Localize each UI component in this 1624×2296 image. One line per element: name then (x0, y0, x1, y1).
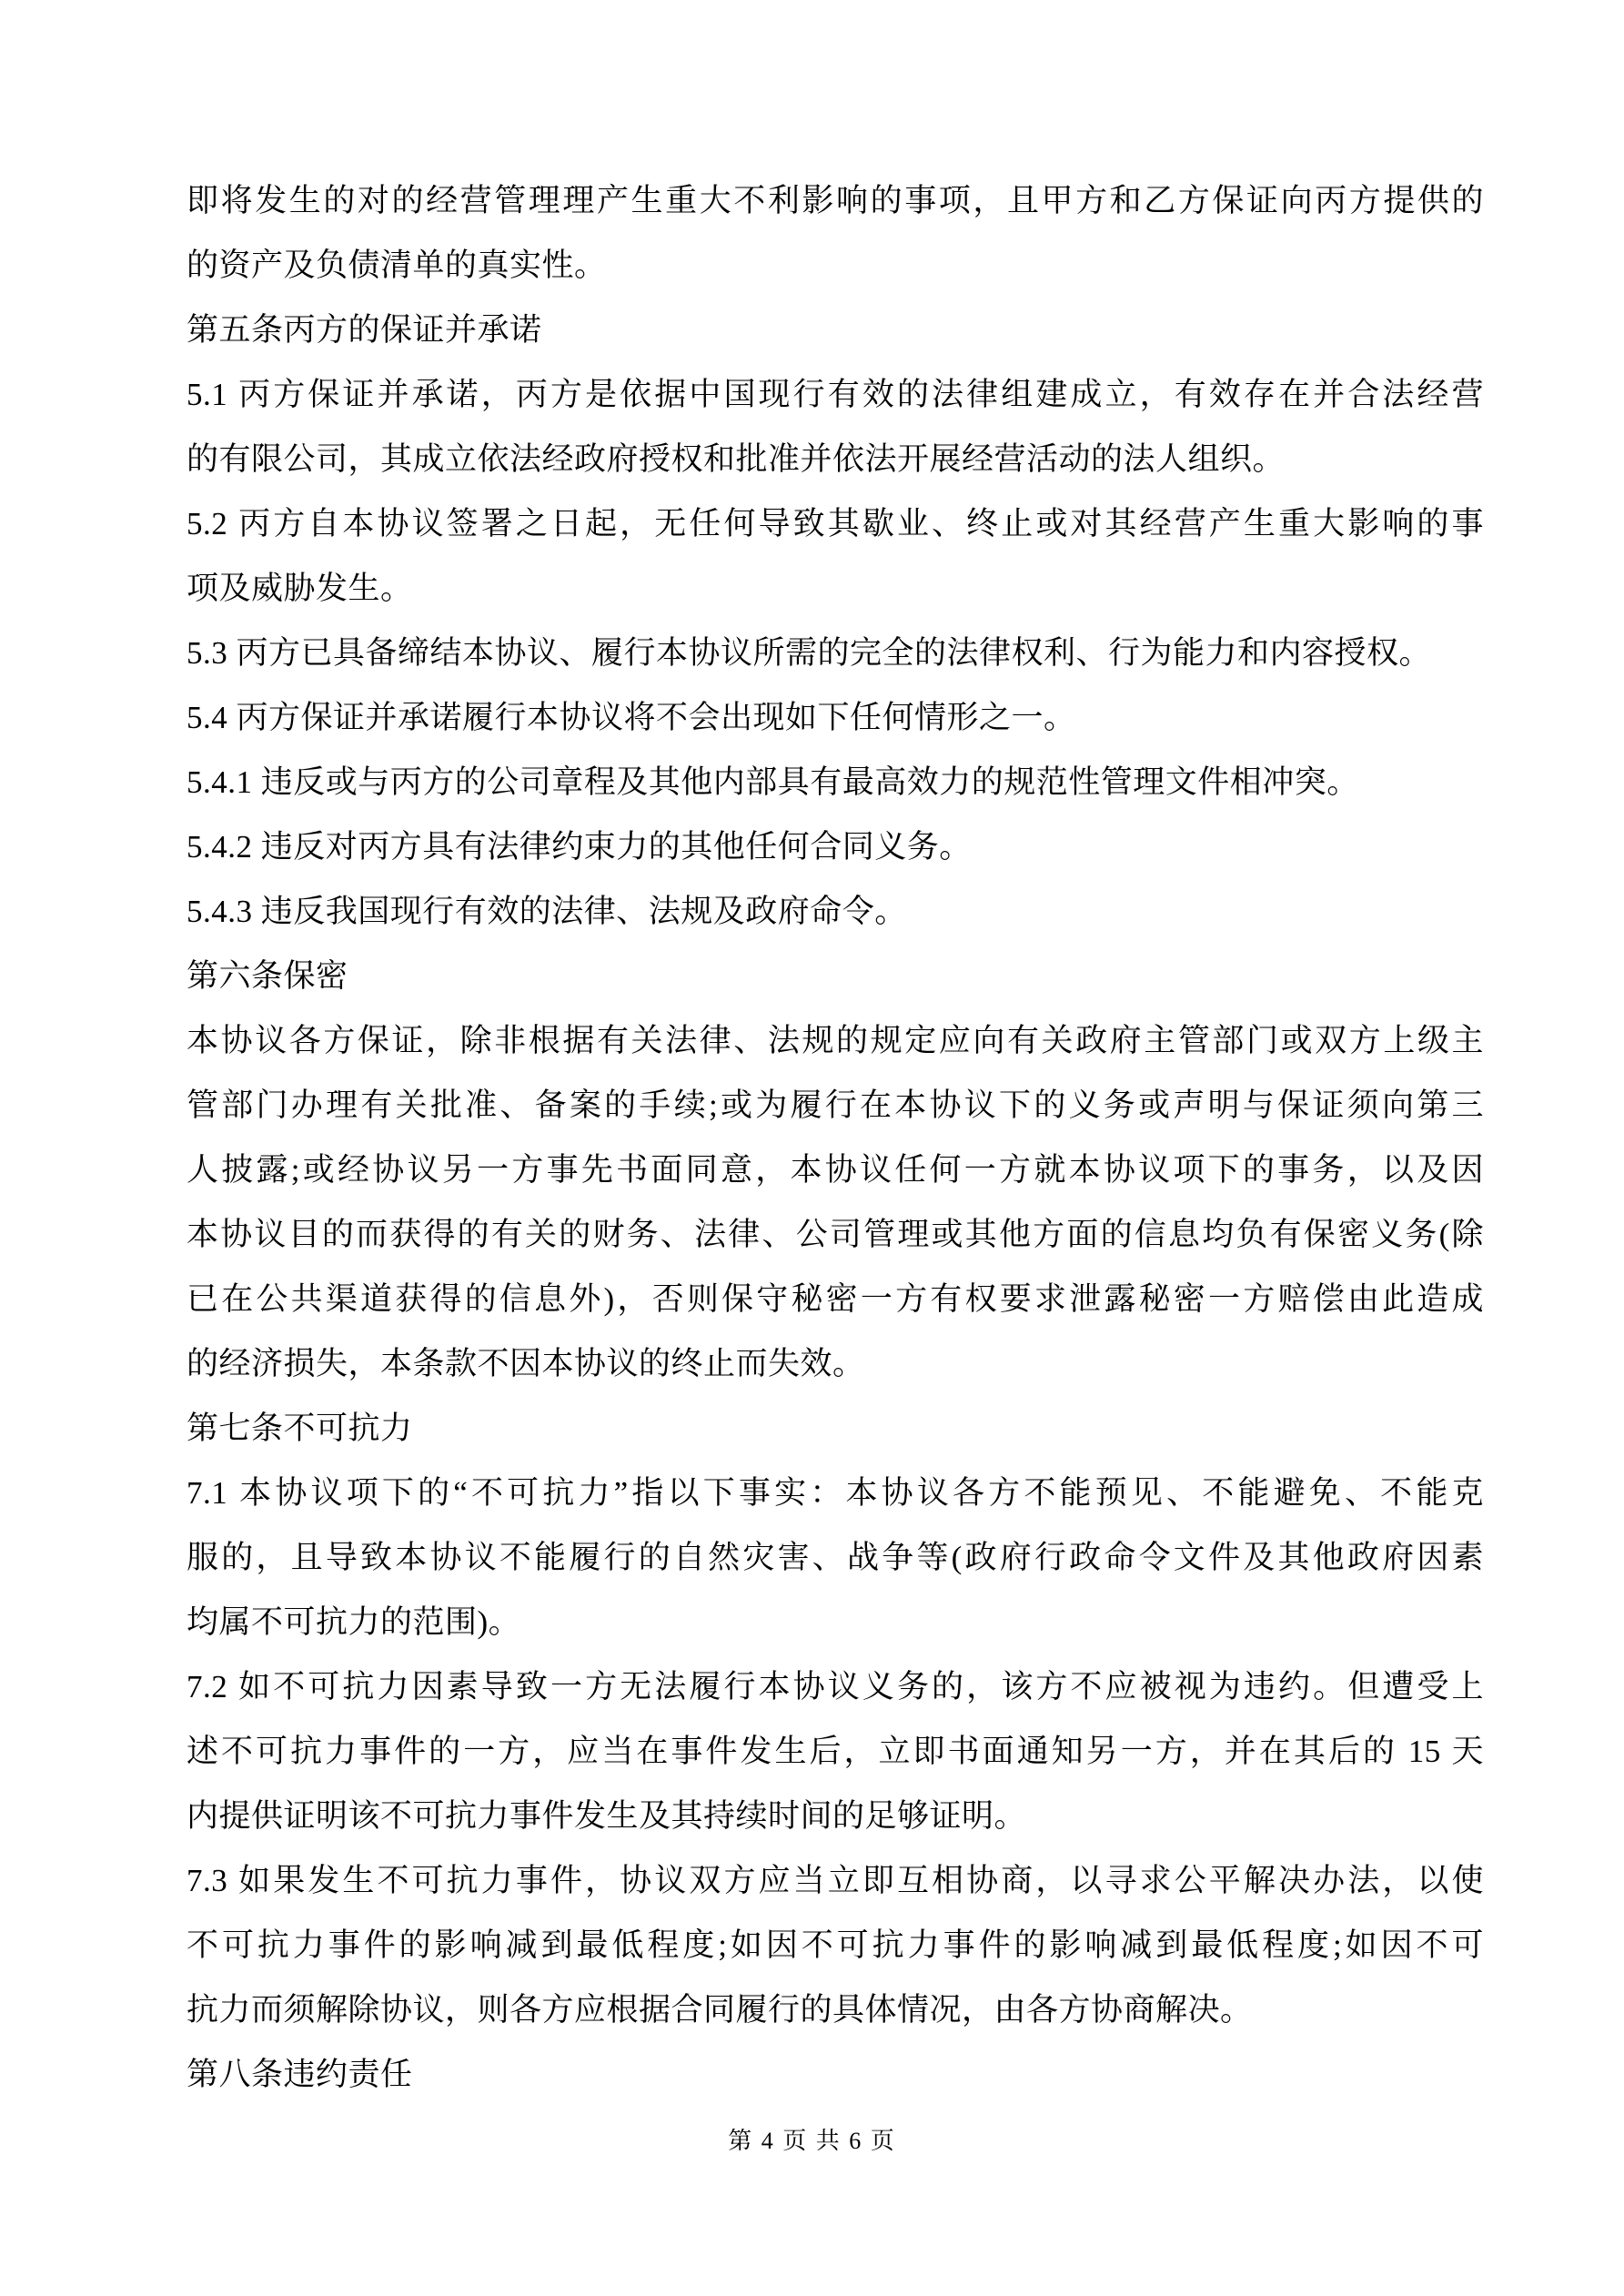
page-footer: 第 4 页 共 6 页 (0, 2126, 1624, 2157)
document-line: 不可抗力事件的影响减到最低程度;如因不可抗力事件的影响减到最低程度;如因不可 (187, 1913, 1484, 1977)
document-line: 5.3 丙方已具备缔结本协议、履行本协议所需的完全的法律权利、行为能力和内容授权… (187, 621, 1484, 685)
document-line: 管部门办理有关批准、备案的手续;或为履行在本协议下的义务或声明与保证须向第三 (187, 1073, 1484, 1138)
document-body: 即将发生的对的经营管理理产生重大不利影响的事项，且甲方和乙方保证向丙方提供的 的… (187, 168, 1484, 2107)
document-line: 述不可抗力事件的一方，应当在事件发生后，立即书面通知另一方，并在其后的 15 天 (187, 1719, 1484, 1784)
document-line: 的经济损失，本条款不因本协议的终止而失效。 (187, 1331, 1484, 1396)
document-line: 7.2 如不可抗力因素导致一方无法履行本协议义务的，该方不应被视为违约。但遭受上 (187, 1654, 1484, 1719)
document-page: { "page": { "background": "#ffffff", "te… (0, 0, 1624, 2296)
document-line: 7.3 如果发生不可抗力事件，协议双方应当立即互相协商，以寻求公平解决办法，以使 (187, 1848, 1484, 1913)
document-line: 5.4.2 违反对丙方具有法律约束力的其他任何合同义务。 (187, 814, 1484, 879)
document-line: 本协议各方保证，除非根据有关法律、法规的规定应向有关政府主管部门或双方上级主 (187, 1008, 1484, 1073)
document-line: 的有限公司，其成立依法经政府授权和批准并依法开展经营活动的法人组织。 (187, 427, 1484, 491)
document-line: 5.4.3 违反我国现行有效的法律、法规及政府命令。 (187, 879, 1484, 944)
document-line: 即将发生的对的经营管理理产生重大不利影响的事项，且甲方和乙方保证向丙方提供的 (187, 168, 1484, 233)
section-heading: 第七条不可抗力 (187, 1396, 1484, 1461)
document-line: 均属不可抗力的范围)。 (187, 1590, 1484, 1654)
document-line: 人披露;或经协议另一方事先书面同意，本协议任何一方就本协议项下的事务，以及因 (187, 1138, 1484, 1202)
document-line: 服的，且导致本协议不能履行的自然灾害、战争等(政府行政命令文件及其他政府因素 (187, 1525, 1484, 1590)
section-heading: 第八条违约责任 (187, 2042, 1484, 2107)
document-line: 已在公共渠道获得的信息外)，否则保守秘密一方有权要求泄露秘密一方赔偿由此造成 (187, 1267, 1484, 1331)
section-heading: 第五条丙方的保证并承诺 (187, 298, 1484, 362)
document-line: 7.1 本协议项下的“不可抗力”指以下事实：本协议各方不能预见、不能避免、不能克 (187, 1461, 1484, 1525)
document-line: 的资产及负债清单的真实性。 (187, 233, 1484, 298)
document-line: 5.1 丙方保证并承诺，丙方是依据中国现行有效的法律组建成立，有效存在并合法经营 (187, 362, 1484, 427)
document-line: 项及威胁发生。 (187, 556, 1484, 621)
section-heading: 第六条保密 (187, 944, 1484, 1008)
document-line: 5.4.1 违反或与丙方的公司章程及其他内部具有最高效力的规范性管理文件相冲突。 (187, 750, 1484, 814)
document-line: 内提供证明该不可抗力事件发生及其持续时间的足够证明。 (187, 1784, 1484, 1848)
document-line: 抗力而须解除协议，则各方应根据合同履行的具体情况，由各方协商解决。 (187, 1977, 1484, 2042)
document-line: 5.4 丙方保证并承诺履行本协议将不会出现如下任何情形之一。 (187, 685, 1484, 750)
document-line: 本协议目的而获得的有关的财务、法律、公司管理或其他方面的信息均负有保密义务(除 (187, 1202, 1484, 1267)
document-line: 5.2 丙方自本协议签署之日起，无任何导致其歇业、终止或对其经营产生重大影响的事 (187, 491, 1484, 556)
